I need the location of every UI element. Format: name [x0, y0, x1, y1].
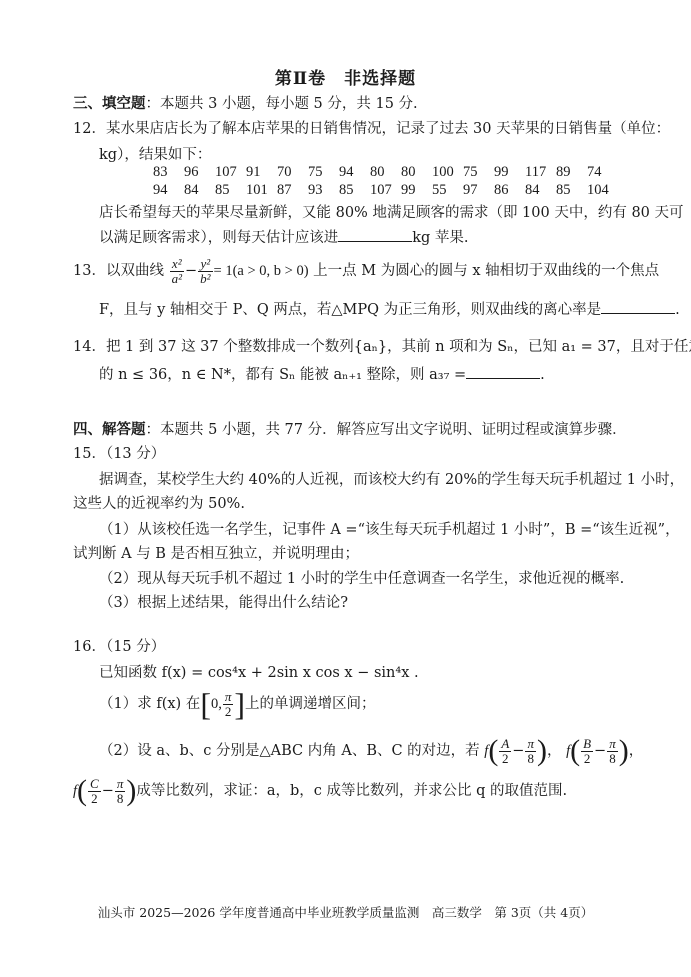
- answer-blank-q12[interactable]: [338, 227, 412, 242]
- q13-equation: = 1(a > 0, b > 0): [214, 263, 309, 279]
- q14-line2: 的 n ≤ 36，n ∈ N*，都有 Sₙ 能被 aₙ₊₁ 整除，则 a₃₇ =…: [99, 363, 545, 384]
- q12-line2: kg），结果如下：: [99, 143, 211, 164]
- fraction-pi-2: π2: [223, 690, 234, 718]
- q15-sub1b: 试判断 A 与 B 是否相互独立，并说明理由；: [73, 542, 359, 563]
- q15-header: 15．（13 分）: [73, 442, 165, 463]
- section-4-heading: 四、解答题: [73, 421, 146, 438]
- q15-sub1a: （1）从该校任选一名学生，记事件 A =“该生每天玩手机超过 1 小时”，B =…: [99, 518, 680, 539]
- page-footer: 汕头市 2025—2026 学年度普通高中毕业班教学质量监测 高三数学 第 3页…: [0, 903, 691, 921]
- q14-line1: 14．把 1 到 37 这 37 个整数排成一个数列{aₙ}，其前 n 项和为 …: [73, 335, 691, 356]
- fraction-x2-a2: x²a²: [170, 257, 184, 285]
- q16-points: （15 分）: [106, 639, 165, 655]
- q16-sub1: （1）求 f(x) 在[0,π2]上的单调递增区间；: [99, 688, 376, 720]
- q16-number: 16．: [73, 639, 106, 655]
- fraction-y2-b2: y²b²: [198, 257, 212, 285]
- q15-sub2: （2）现从每天玩手机不超过 1 小时的学生中任意调查一名学生，求他近视的概率.: [99, 567, 624, 588]
- page-title: 第Ⅱ卷 非选择题: [0, 64, 691, 89]
- q13-line2: F，且与 y 轴相交于 P、Q 两点，若△MPQ 为正三角形，则双曲线的离心率是…: [99, 298, 680, 319]
- q12-line3: 店长希望每天的苹果尽量新鲜，又能 80% 地满足顾客的需求（即 100 天中，约…: [99, 201, 684, 222]
- q12-data-row1: 839610791707594808010075991178974: [153, 164, 618, 181]
- q15-p2: 这些人的近视率约为 50%.: [73, 492, 245, 513]
- answer-blank-q13[interactable]: [601, 299, 675, 314]
- q12-text: 某水果店店长为了解本店苹果的日销售情况，记录了过去 30 天苹果的日销售量（单位…: [106, 121, 670, 137]
- section-3-desc: ：本题共 3 小题，每小题 5 分，共 15 分.: [146, 96, 418, 112]
- section-4-header: 四、解答题：本题共 5 小题，共 77 分．解答应写出文字说明、证明过程或演算步…: [73, 418, 627, 439]
- answer-blank-q14[interactable]: [466, 364, 540, 379]
- q15-points: （13 分）: [106, 446, 165, 462]
- q12-number: 12．: [73, 121, 106, 137]
- q13-line1: 13．以双曲线 x²a²−y²b²= 1(a > 0, b > 0) 上一点 M…: [73, 257, 659, 285]
- q16-sub2-line2: f(C2−π8)成等比数列，求证：a，b，c 成等比数列，并求公比 q 的取值范…: [73, 776, 567, 806]
- q15-p1: 据调查，某校学生大约 40%的人近视，而该校大约有 20%的学生每天玩手机超过 …: [99, 468, 684, 489]
- q16-sub2-line1: （2）设 a、b、c 分别是△ABC 内角 A、B、C 的对边，若 f(A2−π…: [99, 736, 643, 766]
- q16-p1: 已知函数 f(x) = cos⁴x + 2sin x cos x − sin⁴x…: [99, 661, 419, 682]
- left-bracket: [: [200, 686, 211, 722]
- q12-data-row2: 948485101879385107995597868485104: [153, 182, 618, 199]
- q12-line4: 以满足顾客需求），则每天估计应该进kg 苹果.: [99, 226, 469, 247]
- q15-sub3: （3）根据上述结果，能得出什么结论?: [99, 591, 348, 612]
- section-3-header: 三、填空题：本题共 3 小题，每小题 5 分，共 15 分.: [73, 92, 418, 113]
- right-bracket: ]: [234, 686, 245, 722]
- q14-number: 14．: [73, 339, 106, 355]
- q16-header: 16．（15 分）: [73, 635, 165, 656]
- q12-line1: 12．某水果店店长为了解本店苹果的日销售情况，记录了过去 30 天苹果的日销售量…: [73, 117, 670, 138]
- q13-number: 13．: [73, 263, 106, 279]
- q15-number: 15．: [73, 446, 106, 462]
- section-4-desc: ：本题共 5 小题，共 77 分．解答应写出文字说明、证明过程或演算步骤．: [146, 422, 627, 438]
- section-3-heading: 三、填空题: [73, 95, 146, 112]
